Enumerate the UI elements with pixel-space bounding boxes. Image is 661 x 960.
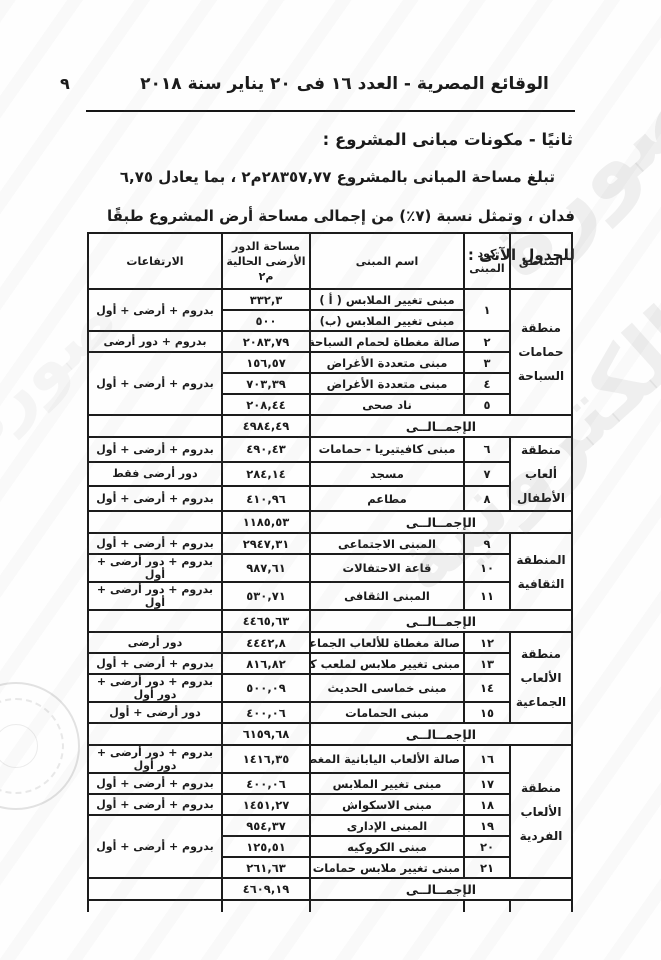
building-name-cell: المبنى الثقافى xyxy=(310,582,464,610)
gazette-header: الوقائع المصرية - العدد ١٦ فى ٢٠ يناير س… xyxy=(60,74,575,94)
building-name-cell: قاعة الاحتفالات xyxy=(310,554,464,582)
building-height-cell: بدروم + دور أرضى + أول xyxy=(88,582,222,610)
col-header-area: مساحة الدور الأرضى الحالية م٢ xyxy=(222,233,310,289)
table-row: المنطقة الثقافية٩المبنى الاجتماعى٢٩٤٧,٣١… xyxy=(88,533,572,554)
section-title: ثانيًا - مكونات مبانى المشروع : xyxy=(86,130,573,149)
col-header-building-code: كود المبنى xyxy=(464,233,510,289)
section-total-row: الإجمــالــى٤٦٠٩,١٩ xyxy=(88,878,572,900)
building-code-cell: ٢٠ xyxy=(464,836,510,857)
building-height-cell: بدروم + أرضى + أول xyxy=(88,815,222,878)
building-code-cell: ١٦ xyxy=(464,745,510,773)
table-row: ١٧مبنى تغيير الملابس٤٠٠,٠٦بدروم + أرضى +… xyxy=(88,773,572,794)
building-area-cell: ٤٠٠,٠٦ xyxy=(222,773,310,794)
table-row: ١٤مبنى خماسى الحديث٥٠٠,٠٩بدروم + دور أرض… xyxy=(88,674,572,702)
building-area-cell: ٣٣٢,٣ xyxy=(222,289,310,310)
table-row: منطقة حمامات السباحة١مبنى تغيير الملابس … xyxy=(88,289,572,310)
building-name-cell: مسجد xyxy=(310,462,464,487)
table-row: منطقة الألعاب الفردية١٦صالة الألعاب اليا… xyxy=(88,745,572,773)
total-label-cell: الإجمــالــى xyxy=(310,610,572,632)
section-total-row: الإجمــالــى١١٨٥,٥٣ xyxy=(88,511,572,533)
building-code-cell: ١ xyxy=(464,289,510,331)
building-name-cell: صالة مغطاة للألعاب الجماعية xyxy=(310,632,464,653)
building-name-cell: مبنى خماسى الحديث xyxy=(310,674,464,702)
table-row: ٨مطاعم٤١٠,٩٦بدروم + أرضى + أول xyxy=(88,486,572,511)
col-header-regions: المناطق xyxy=(510,233,572,289)
buildings-table: المناطق كود المبنى اسم المبنى مساحة الدو… xyxy=(87,232,573,912)
partial-cell-height xyxy=(88,900,222,912)
building-area-cell: ٩٥٤,٣٧ xyxy=(222,815,310,836)
building-code-cell: ٧ xyxy=(464,462,510,487)
empty-height-cell xyxy=(88,723,222,745)
building-code-cell: ٣ xyxy=(464,352,510,373)
section-total-row: الإجمــالــى٤٤٦٥,٦٣ xyxy=(88,610,572,632)
building-area-cell: ٢٨٤,١٤ xyxy=(222,462,310,487)
building-height-cell: بدروم + أرضى + أول xyxy=(88,437,222,462)
building-code-cell: ٢١ xyxy=(464,857,510,878)
section-total-value: ١١٨٥,٥٣ xyxy=(222,511,310,533)
building-name-cell: مبنى متعددة الأغراض xyxy=(310,373,464,394)
building-height-cell: بدروم + أرضى + أول xyxy=(88,773,222,794)
partial-cell-area xyxy=(222,900,310,912)
building-name-cell: مبنى تغيير ملابس لملعب كرة القدم xyxy=(310,653,464,674)
building-area-cell: ١٢٥,٥١ xyxy=(222,836,310,857)
building-height-cell: بدروم + أرضى + أول xyxy=(88,653,222,674)
building-area-cell: ٢٦١,٦٣ xyxy=(222,857,310,878)
building-code-cell: ٦ xyxy=(464,437,510,462)
building-code-cell: ٤ xyxy=(464,373,510,394)
total-label-cell: الإجمــالــى xyxy=(310,415,572,437)
buildings-table-body: منطقة حمامات السباحة١مبنى تغيير الملابس … xyxy=(88,289,572,912)
building-code-cell: ٨ xyxy=(464,486,510,511)
partial-cell-region xyxy=(510,900,572,912)
table-row: ٢صالة مغطاة لحمام السباحة٢٠٨٣,٧٩بدروم + … xyxy=(88,331,572,352)
building-height-cell: بدروم + دور أرضى + دور أول xyxy=(88,674,222,702)
building-area-cell: ٥٠٠,٠٩ xyxy=(222,674,310,702)
building-name-cell: مبنى كافيتيريا - حمامات xyxy=(310,437,464,462)
building-name-cell: صالة الألعاب اليابانية المغطاة xyxy=(310,745,464,773)
building-height-cell: دور أرضى + أول xyxy=(88,702,222,723)
building-area-cell: ٤٤٤٢,٨ xyxy=(222,632,310,653)
building-area-cell: ٢٩٤٧,٣١ xyxy=(222,533,310,554)
building-area-cell: ١٤٥١,٢٧ xyxy=(222,794,310,815)
building-area-cell: ١٥٦,٥٧ xyxy=(222,352,310,373)
region-cell: منطقة الألعاب الفردية xyxy=(510,745,572,878)
region-cell: منطقة الألعاب الجماعية xyxy=(510,632,572,723)
building-height-cell: بدروم + أرضى + أول xyxy=(88,289,222,331)
building-name-cell: صالة مغطاة لحمام السباحة xyxy=(310,331,464,352)
building-area-cell: ٢٠٨,٤٤ xyxy=(222,394,310,415)
building-name-cell: مبنى الاسكواش xyxy=(310,794,464,815)
table-row: ١٨مبنى الاسكواش١٤٥١,٢٧بدروم + أرضى + أول xyxy=(88,794,572,815)
empty-height-cell xyxy=(88,415,222,437)
empty-height-cell xyxy=(88,511,222,533)
section-total-value: ٦١٥٩,٦٨ xyxy=(222,723,310,745)
building-height-cell: بدروم + دور أرضى + دور أول xyxy=(88,745,222,773)
table-row: ١٩المبنى الإدارى٩٥٤,٣٧بدروم + أرضى + أول xyxy=(88,815,572,836)
building-code-cell: ١١ xyxy=(464,582,510,610)
region-cell: منطقة حمامات السباحة xyxy=(510,289,572,415)
table-row: منطقة ألعاب الأطفال٦مبنى كافيتيريا - حما… xyxy=(88,437,572,462)
building-area-cell: ٤١٠,٩٦ xyxy=(222,486,310,511)
building-name-cell: مبنى تغيير الملابس (ب) xyxy=(310,310,464,331)
buildings-table-wrap: المناطق كود المبنى اسم المبنى مساحة الدو… xyxy=(89,232,573,912)
header-divider xyxy=(86,110,575,112)
building-height-cell: بدروم + أرضى + أول xyxy=(88,486,222,511)
page-number: ٩ xyxy=(60,74,114,93)
building-height-cell: دور أرضى xyxy=(88,632,222,653)
gazette-title: الوقائع المصرية - العدد ١٦ فى ٢٠ يناير س… xyxy=(114,74,575,94)
building-name-cell: مبنى الكروكيه xyxy=(310,836,464,857)
partial-cell-code xyxy=(464,900,510,912)
building-height-cell: دور أرضى فقط xyxy=(88,462,222,487)
building-height-cell: بدروم + دور أرضى xyxy=(88,331,222,352)
building-area-cell: ١٤١٦,٣٥ xyxy=(222,745,310,773)
section-total-value: ٤٤٦٥,٦٣ xyxy=(222,610,310,632)
total-label-cell: الإجمــالــى xyxy=(310,878,572,900)
section-total-row: الإجمــالــى٦١٥٩,٦٨ xyxy=(88,723,572,745)
building-code-cell: ١٢ xyxy=(464,632,510,653)
building-name-cell: ناد صحى xyxy=(310,394,464,415)
building-area-cell: ٤٩٠,٤٣ xyxy=(222,437,310,462)
table-row: ٣مبنى متعددة الأغراض١٥٦,٥٧بدروم + أرضى +… xyxy=(88,352,572,373)
table-row: ١٠قاعة الاحتفالات٩٨٧,٦١بدروم + دور أرضى … xyxy=(88,554,572,582)
building-name-cell: مبنى متعددة الأغراض xyxy=(310,352,464,373)
building-code-cell: ١٩ xyxy=(464,815,510,836)
region-cell: منطقة ألعاب الأطفال xyxy=(510,437,572,511)
building-name-cell: مطاعم xyxy=(310,486,464,511)
official-seal-stamp xyxy=(0,682,80,810)
building-name-cell: مبنى تغيير الملابس ( أ ) xyxy=(310,289,464,310)
building-code-cell: ١٤ xyxy=(464,674,510,702)
building-name-cell: المبنى الاجتماعى xyxy=(310,533,464,554)
building-code-cell: ٢ xyxy=(464,331,510,352)
table-header-row: المناطق كود المبنى اسم المبنى مساحة الدو… xyxy=(88,233,572,289)
building-area-cell: ٧٠٣,٣٩ xyxy=(222,373,310,394)
empty-height-cell xyxy=(88,878,222,900)
building-area-cell: ٢٠٨٣,٧٩ xyxy=(222,331,310,352)
building-name-cell: مبنى الحمامات xyxy=(310,702,464,723)
partial-cell-name xyxy=(310,900,464,912)
building-area-cell: ٥٠٠ xyxy=(222,310,310,331)
building-code-cell: ٥ xyxy=(464,394,510,415)
building-name-cell: المبنى الإدارى xyxy=(310,815,464,836)
section-total-value: ٤٩٨٤,٤٩ xyxy=(222,415,310,437)
building-height-cell: بدروم + دور أرضى + أول xyxy=(88,554,222,582)
building-code-cell: ١٣ xyxy=(464,653,510,674)
col-header-building-name: اسم المبنى xyxy=(310,233,464,289)
building-height-cell: بدروم + أرضى + أول xyxy=(88,794,222,815)
table-row: ٧مسجد٢٨٤,١٤دور أرضى فقط xyxy=(88,462,572,487)
building-height-cell: بدروم + أرضى + أول xyxy=(88,533,222,554)
col-header-heights: الارتفاعات xyxy=(88,233,222,289)
building-area-cell: ٩٨٧,٦١ xyxy=(222,554,310,582)
empty-height-cell xyxy=(88,610,222,632)
building-name-cell: مبنى تغيير ملابس حمامات سباحة الأطفال xyxy=(310,857,464,878)
table-row: منطقة الألعاب الجماعية١٢صالة مغطاة للألع… xyxy=(88,632,572,653)
table-row: ١١المبنى الثقافى٥٣٠,٧١بدروم + دور أرضى +… xyxy=(88,582,572,610)
partial-cutoff-row xyxy=(88,900,572,912)
building-code-cell: ١٥ xyxy=(464,702,510,723)
building-height-cell: بدروم + أرضى + أول xyxy=(88,352,222,415)
building-area-cell: ٥٣٠,٧١ xyxy=(222,582,310,610)
building-area-cell: ٨١٦,٨٢ xyxy=(222,653,310,674)
total-label-cell: الإجمــالــى xyxy=(310,723,572,745)
building-name-cell: مبنى تغيير الملابس xyxy=(310,773,464,794)
building-code-cell: ١٧ xyxy=(464,773,510,794)
section-total-value: ٤٦٠٩,١٩ xyxy=(222,878,310,900)
building-code-cell: ٩ xyxy=(464,533,510,554)
total-label-cell: الإجمــالــى xyxy=(310,511,572,533)
section-total-row: الإجمــالــى٤٩٨٤,٤٩ xyxy=(88,415,572,437)
table-row: ١٣مبنى تغيير ملابس لملعب كرة القدم٨١٦,٨٢… xyxy=(88,653,572,674)
region-cell: المنطقة الثقافية xyxy=(510,533,572,610)
building-code-cell: ١٠ xyxy=(464,554,510,582)
building-code-cell: ١٨ xyxy=(464,794,510,815)
building-area-cell: ٤٠٠,٠٦ xyxy=(222,702,310,723)
table-row: ١٥مبنى الحمامات٤٠٠,٠٦دور أرضى + أول xyxy=(88,702,572,723)
gazette-page: الوقائع المصرية - العدد ١٦ فى ٢٠ يناير س… xyxy=(0,0,661,960)
